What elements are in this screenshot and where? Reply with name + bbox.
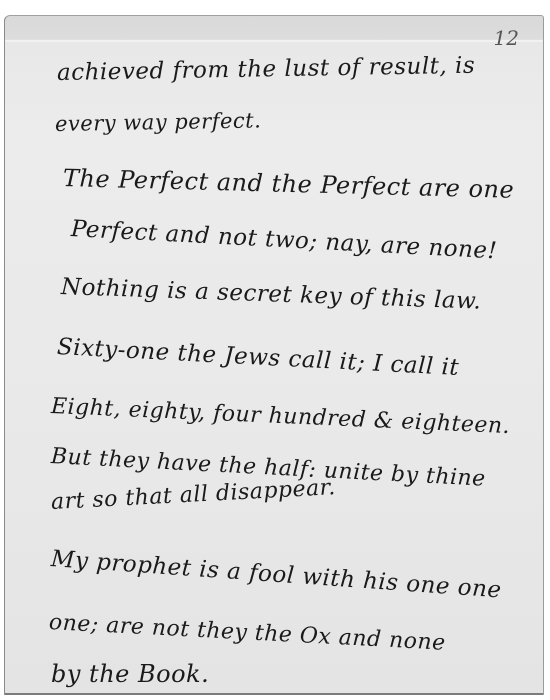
text-line-5: Nothing is a secret key of this law. <box>61 274 482 315</box>
text-line-1: achieved from the lust of result, is <box>57 53 476 86</box>
page-number: 12 <box>494 26 519 50</box>
text-line-9: art so that all disappear. <box>50 475 336 515</box>
text-line-7: Eight, eighty, four hundred & eighteen. <box>50 394 510 439</box>
text-line-3: The Perfect and the Perfect are one <box>63 164 515 204</box>
manuscript-page: 12 achieved from the lust of result, is … <box>4 15 544 695</box>
text-line-2: every way perfect. <box>55 108 262 136</box>
text-line-10: My prophet is a fool with his one one <box>50 546 502 603</box>
page-fold-line <box>5 40 543 42</box>
text-line-11: one; are not they the Ox and none <box>48 610 446 656</box>
text-line-12: by the Book. <box>51 660 209 688</box>
text-line-4: Perfect and not two; nay, are none! <box>70 216 498 264</box>
text-line-6: Sixty-one the Jews call it; I call it <box>56 334 459 381</box>
